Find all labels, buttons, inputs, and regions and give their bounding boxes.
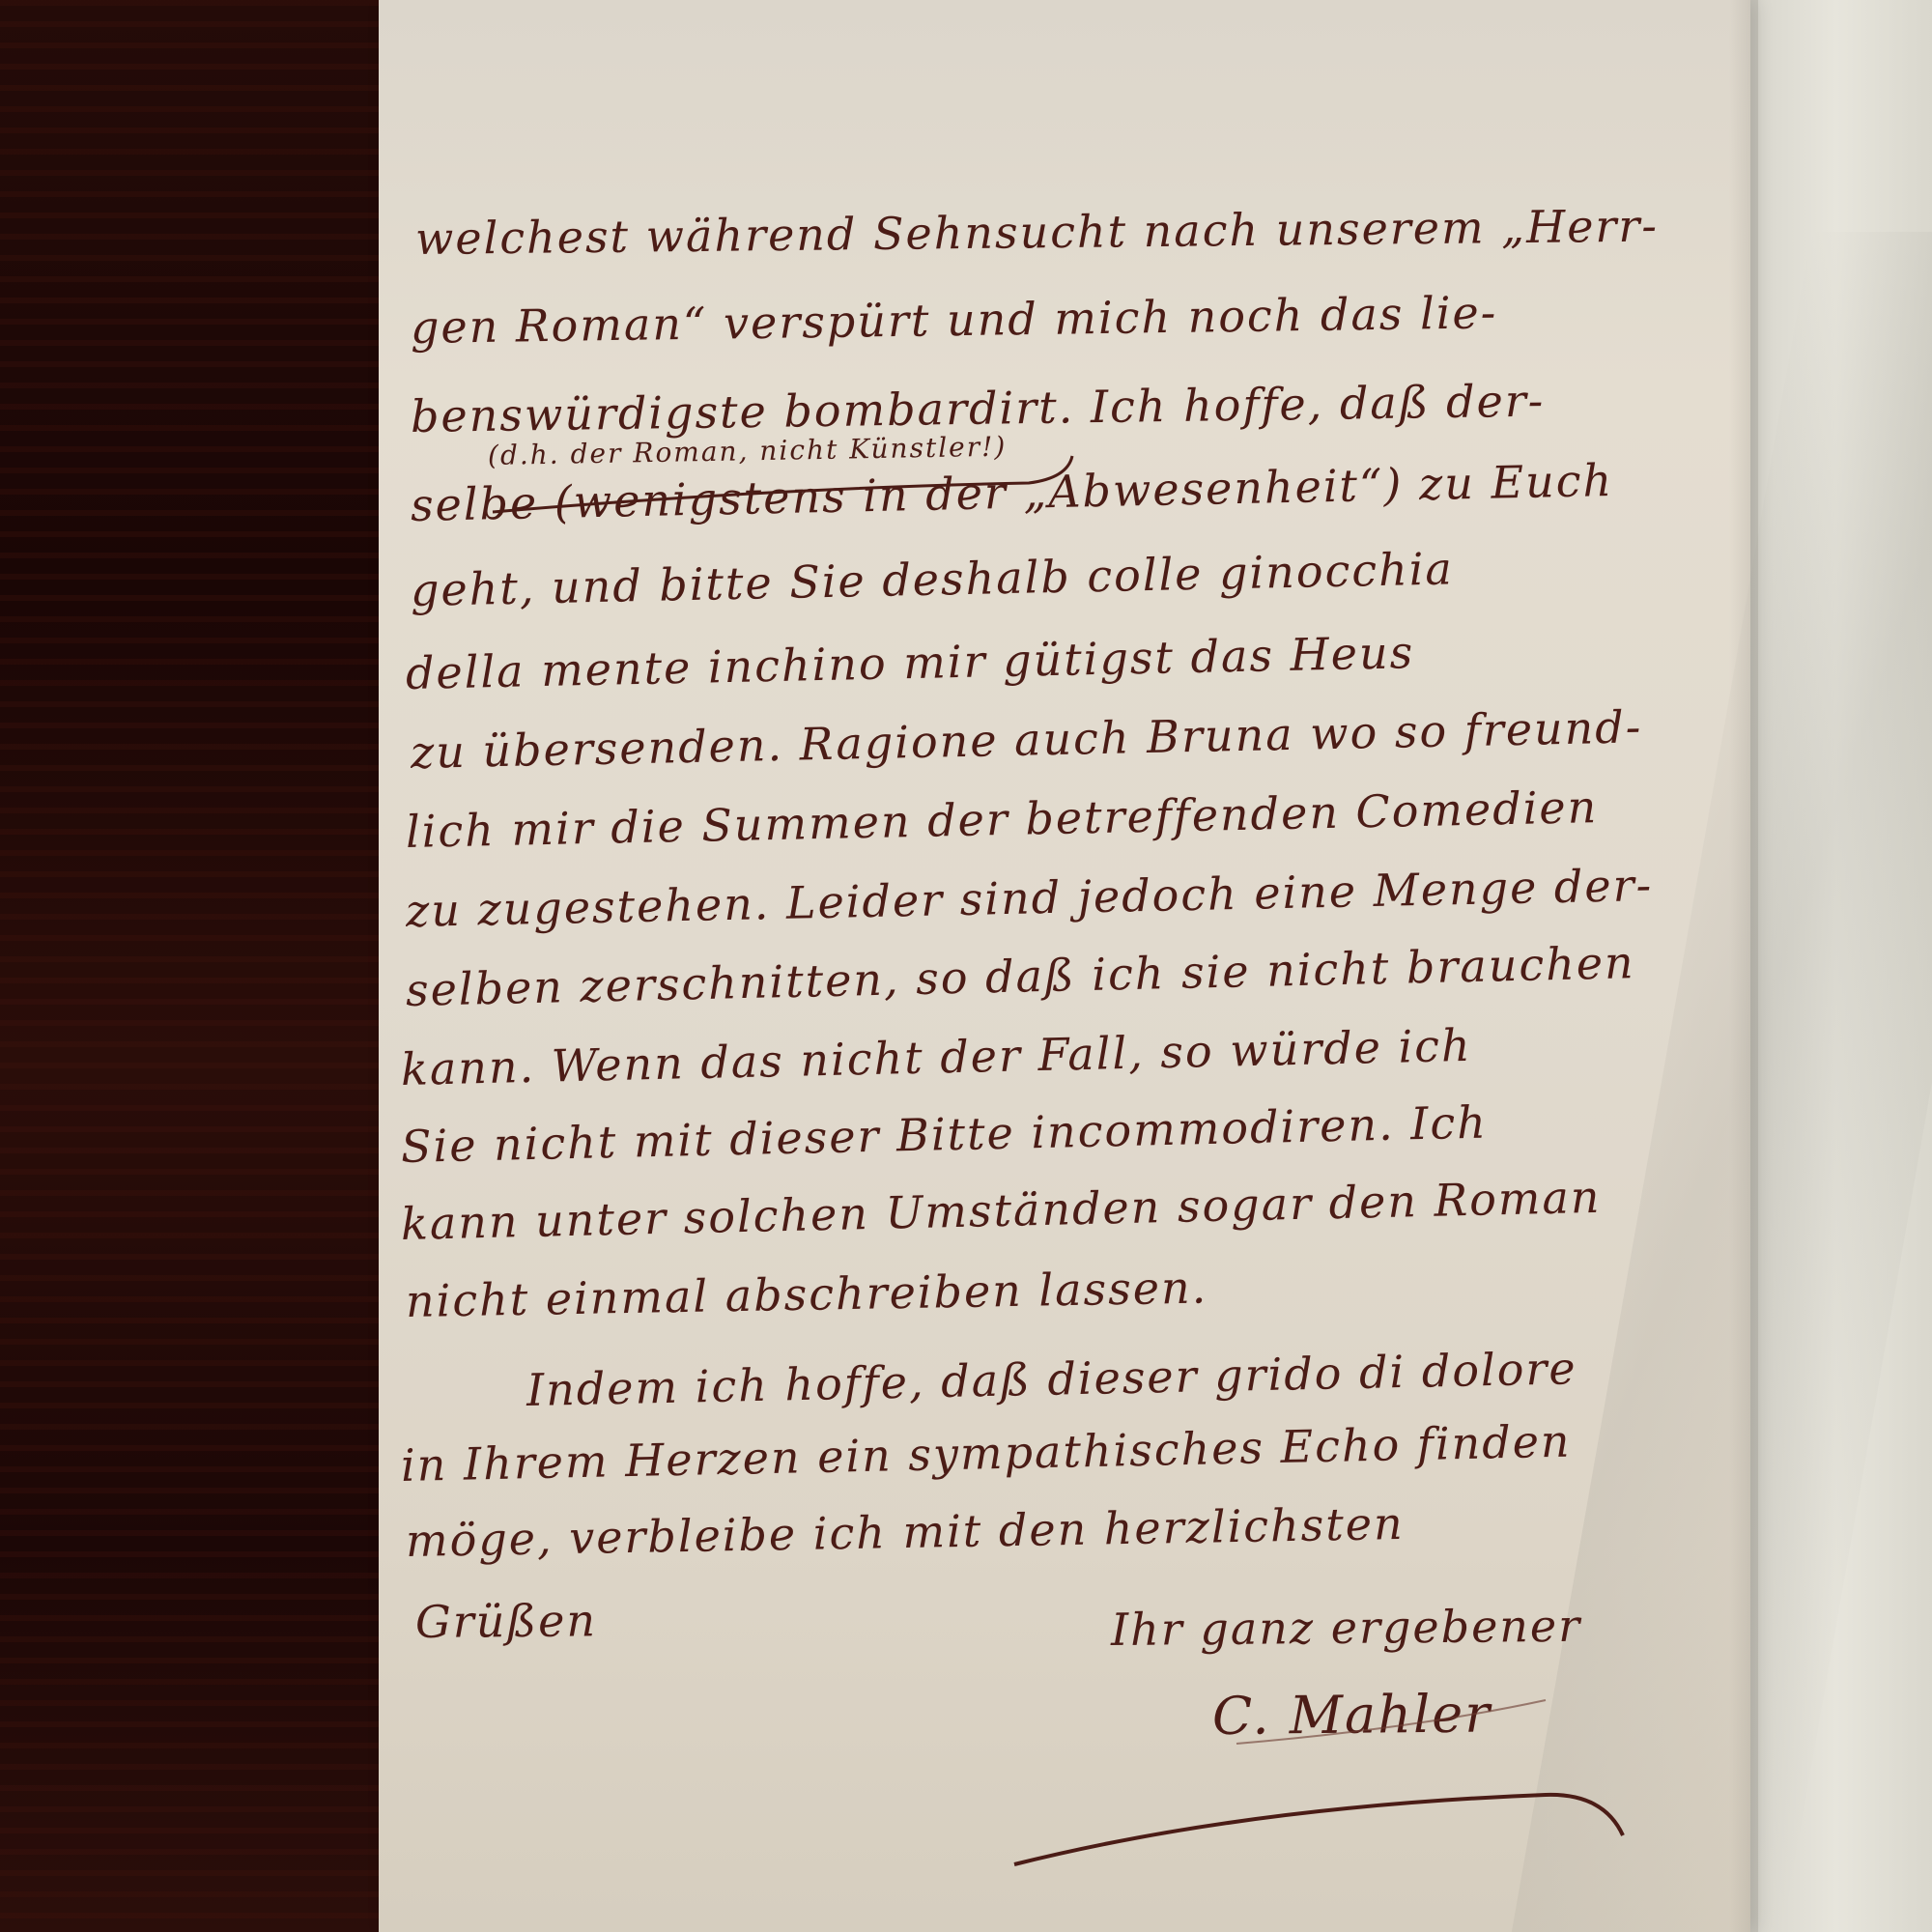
letter-body: welchest während Sehnsucht nach unserem … (0, 0, 1932, 1932)
letter-line: kann unter solchen Umständen sogar den R… (400, 1171, 1602, 1250)
letter-line: zu übersenden. Ragione auch Bruna wo so … (410, 700, 1642, 779)
letter-line: geht, und bitte Sie deshalb colle ginocc… (410, 542, 1454, 616)
valediction: Ihr ganz ergebener (1111, 1600, 1582, 1656)
closing-line: in Ihrem Herzen ein sympathisches Echo f… (400, 1415, 1572, 1492)
closing-line: Grüßen (415, 1594, 597, 1648)
letter-line: zu zugestehen. Leider sind jedoch eine M… (405, 859, 1653, 937)
letter-line: kann. Wenn das nicht der Fall, so würde … (400, 1019, 1472, 1095)
letter-line: gen Roman“ verspürt und mich noch das li… (411, 286, 1498, 354)
letter-line: welchest während Sehnsucht nach unserem … (415, 200, 1659, 265)
insertion-bracket-underline (488, 454, 1077, 522)
letter-line: lich mir die Summen der betreffenden Com… (405, 781, 1598, 858)
closing-line: Indem ich hoffe, daß dieser grido di dol… (526, 1342, 1577, 1416)
closing-line: möge, verbleibe ich mit den herzlichsten (406, 1497, 1406, 1567)
signature-flourish-icon (1005, 1768, 1642, 1874)
letter-line: nicht einmal abschreiben lassen. (406, 1262, 1208, 1327)
signature-underline-icon (1217, 1695, 1565, 1753)
letter-line: della mente inchino mir gütigst das Heus (405, 626, 1414, 699)
letter-line: Sie nicht mit dieser Bitte incommodiren.… (400, 1095, 1488, 1173)
letter-line: selben zerschnitten, so daß ich sie nich… (405, 936, 1635, 1016)
